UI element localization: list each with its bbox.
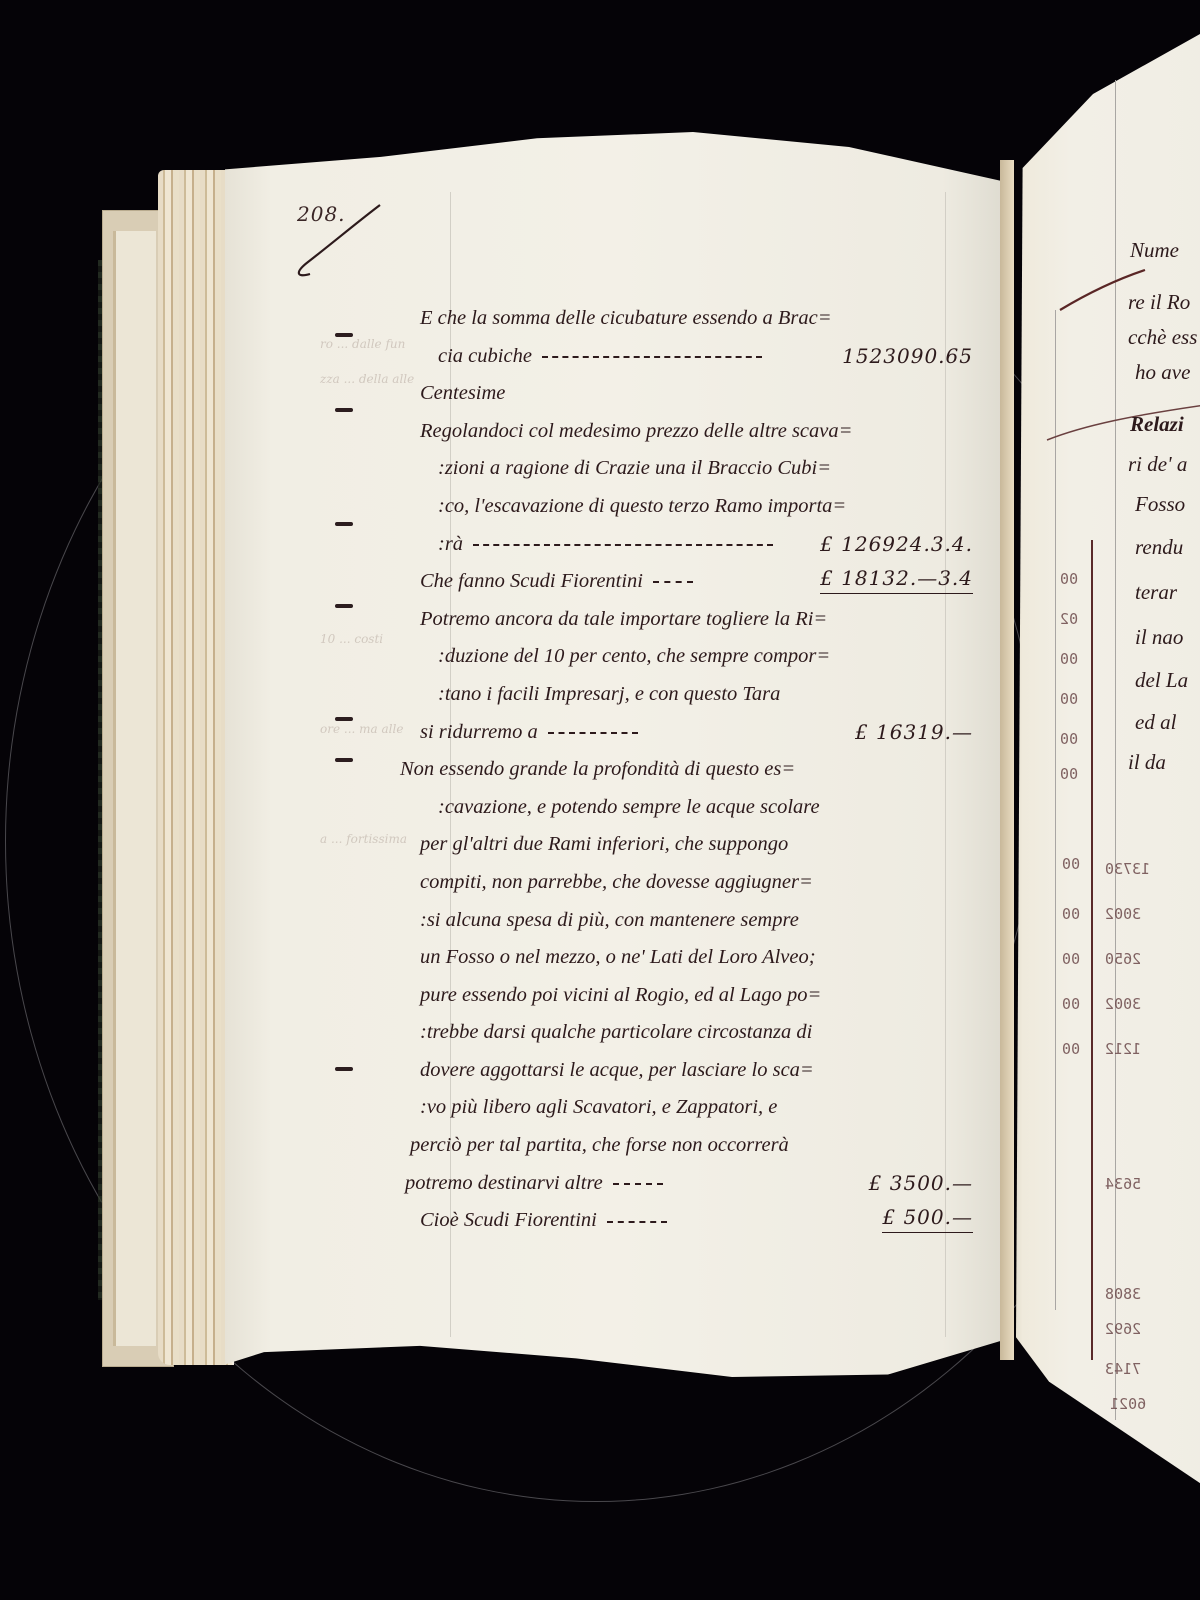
bleed-column-value: 00 [1060, 570, 1078, 588]
line-text: compiti, non parrebbe, che dovesse aggiu… [420, 864, 813, 902]
line-text: :co, l'escavazione di questo terzo Ramo … [420, 488, 846, 526]
text-line: :tano i facili Impresarj, e con questo T… [420, 676, 965, 714]
text-line: dovere aggottarsi le acque, per lasciare… [420, 1052, 965, 1090]
line-text: dovere aggottarsi le acque, per lasciare… [420, 1052, 814, 1090]
mirrored-number: 6021 [1110, 1395, 1146, 1413]
line-text: Potremo ancora da tale importare toglier… [420, 601, 827, 639]
line-text: :zioni a ragione di Crazie una il Bracci… [420, 450, 831, 488]
line-text: un Fosso o nel mezzo, o ne' Lati del Lor… [420, 939, 816, 977]
bleed-column-value: 00 [1062, 905, 1080, 923]
text-line: :zioni a ragione di Crazie una il Bracci… [420, 450, 965, 488]
line-text: potremo destinarvi altre [405, 1165, 603, 1203]
text-line: cia cubiche1523090.65 [420, 338, 965, 376]
right-page-line: del La [1135, 668, 1188, 693]
amount-value: £ 126924.3.4. [820, 526, 973, 564]
bleed-column-value: 00 [1062, 950, 1080, 968]
line-text: si ridurremo a [420, 714, 538, 752]
bleed-through-text: ro ... dalle fun [320, 337, 405, 351]
right-page-line: ed al [1135, 710, 1176, 735]
dash-leader [653, 581, 693, 583]
line-text: :trebbe darsi qualche particolare circos… [420, 1014, 812, 1052]
mirrored-number: 2692 [1105, 1320, 1141, 1338]
mirrored-number: 13730 [1105, 860, 1150, 878]
dash-leader [473, 544, 773, 546]
line-text: :tano i facili Impresarj, e con questo T… [420, 676, 780, 714]
amount-value: £ 18132.—3.4 [820, 563, 973, 594]
line-text: Regolandoci col medesimo prezzo delle al… [420, 413, 852, 451]
bleed-through-text: 10 ... costi [320, 632, 383, 646]
margin-mark [335, 1067, 353, 1071]
text-line: E che la somma delle cicubature essendo … [420, 300, 965, 338]
manuscript-photo: 208. ro ... dalle fun zza ... della alle… [0, 0, 1200, 1600]
mirrored-number: 3002 [1105, 905, 1141, 923]
dash-leader [607, 1221, 667, 1223]
bleed-through-text: ore ... ma alle [320, 722, 403, 736]
dash-leader [542, 356, 762, 358]
bleed-column-value: 02 [1060, 610, 1078, 628]
bleed-column-value: 00 [1062, 1040, 1080, 1058]
mirrored-number: 2650 [1105, 950, 1141, 968]
text-line: Non essendo grande la profondità di ques… [400, 751, 965, 789]
bleed-column-value: 00 [1060, 650, 1078, 668]
margin-mark [335, 758, 353, 762]
right-page-line: Relazi [1130, 412, 1184, 437]
right-page-line: cchè ess [1128, 325, 1197, 350]
right-page-line: ho ave [1135, 360, 1190, 385]
line-text: per gl'altri due Rami inferiori, che sup… [420, 826, 788, 864]
margin-mark [335, 717, 353, 721]
line-text: Che fanno Scudi Fiorentini [420, 563, 643, 601]
right-page-line: Fosso [1135, 492, 1185, 517]
line-text: :cavazione, e potendo sempre le acque sc… [420, 789, 820, 827]
text-line: pure essendo poi vicini al Rogio, ed al … [420, 977, 965, 1015]
right-page-line: rendu [1135, 535, 1183, 560]
line-text: perciò per tal partita, che forse non oc… [410, 1127, 789, 1165]
right-page-line: terar [1135, 580, 1177, 605]
line-text: :vo più libero agli Scavatori, e Zappato… [420, 1089, 777, 1127]
bleed-column-value: 00 [1062, 855, 1080, 873]
text-line: si ridurremo a£ 16319.— [420, 714, 965, 752]
right-page-line: Nume [1130, 238, 1179, 263]
bleed-column-value: 00 [1060, 690, 1078, 708]
bleed-column-value: 00 [1060, 730, 1078, 748]
mirrored-number: 3808 [1105, 1285, 1141, 1303]
line-text: E che la somma delle cicubature essendo … [420, 300, 832, 338]
mirrored-number: 5634 [1105, 1175, 1141, 1193]
manuscript-text: E che la somma delle cicubature essendo … [420, 300, 965, 1240]
margin-mark [335, 333, 353, 337]
right-page-line: il da [1128, 750, 1166, 775]
amount-value: 1523090.65 [842, 338, 973, 376]
text-line: perciò per tal partita, che forse non oc… [410, 1127, 965, 1165]
line-text: cia cubiche [420, 338, 532, 376]
margin-mark [335, 408, 353, 412]
text-line: :duzione del 10 per cento, che sempre co… [420, 638, 965, 676]
text-line: per gl'altri due Rami inferiori, che sup… [420, 826, 965, 864]
right-page-line: re il Ro [1128, 290, 1190, 315]
line-text: Non essendo grande la profondità di ques… [400, 751, 795, 789]
bleed-column-value: 00 [1060, 765, 1078, 783]
margin-mark [335, 522, 353, 526]
text-line: :si alcuna spesa di più, con mantenere s… [420, 902, 965, 940]
line-text: pure essendo poi vicini al Rogio, ed al … [420, 977, 821, 1015]
right-page-line: il nao [1135, 625, 1183, 650]
text-line: :trebbe darsi qualche particolare circos… [420, 1014, 965, 1052]
bleed-through-text: a ... fortissima [320, 832, 407, 846]
right-page-line: ri de' a [1128, 452, 1187, 477]
text-line: :vo più libero agli Scavatori, e Zappato… [420, 1089, 965, 1127]
text-line: :co, l'escavazione di questo terzo Ramo … [420, 488, 965, 526]
right-page-gutter [1000, 160, 1014, 1360]
text-line: un Fosso o nel mezzo, o ne' Lati del Lor… [420, 939, 965, 977]
text-line: Potremo ancora da tale importare toglier… [420, 601, 965, 639]
page-number-flourish-icon [290, 200, 385, 280]
line-text: Cioè Scudi Fiorentini [420, 1202, 597, 1240]
amount-value: £ 3500.— [869, 1165, 973, 1203]
text-line: :rà£ 126924.3.4. [420, 526, 965, 564]
cover-inner-edge [113, 231, 156, 1346]
mirrored-number: 3002 [1105, 995, 1141, 1013]
bleed-through-text: zza ... della alle [320, 372, 414, 386]
text-line: Centesime [420, 375, 965, 413]
margin-mark [335, 604, 353, 608]
left-page: 208. ro ... dalle fun zza ... della alle… [225, 132, 1005, 1377]
amount-value: £ 16319.— [855, 714, 973, 752]
page-block-edges [158, 170, 234, 1365]
mirrored-number: 1212 [1105, 1040, 1141, 1058]
dash-leader [548, 732, 638, 734]
text-line: :cavazione, e potendo sempre le acque sc… [420, 789, 965, 827]
line-text: :rà [420, 526, 463, 564]
right-page-column-rule [1091, 540, 1093, 1360]
text-line: Regolandoci col medesimo prezzo delle al… [420, 413, 965, 451]
dash-leader [613, 1183, 663, 1185]
text-line: Cioè Scudi Fiorentini£ 500.— [420, 1202, 965, 1240]
bleed-column-value: 00 [1062, 995, 1080, 1013]
amount-value: £ 500.— [882, 1202, 973, 1233]
text-line: compiti, non parrebbe, che dovesse aggiu… [420, 864, 965, 902]
line-text: Centesime [420, 375, 505, 413]
line-text: :duzione del 10 per cento, che sempre co… [420, 638, 830, 676]
mirrored-number: 7143 [1105, 1360, 1141, 1378]
line-text: :si alcuna spesa di più, con mantenere s… [420, 902, 799, 940]
text-line: potremo destinarvi altre£ 3500.— [405, 1165, 965, 1203]
right-page-rule [1055, 310, 1056, 1310]
text-line: Che fanno Scudi Fiorentini£ 18132.—3.4 [420, 563, 965, 601]
